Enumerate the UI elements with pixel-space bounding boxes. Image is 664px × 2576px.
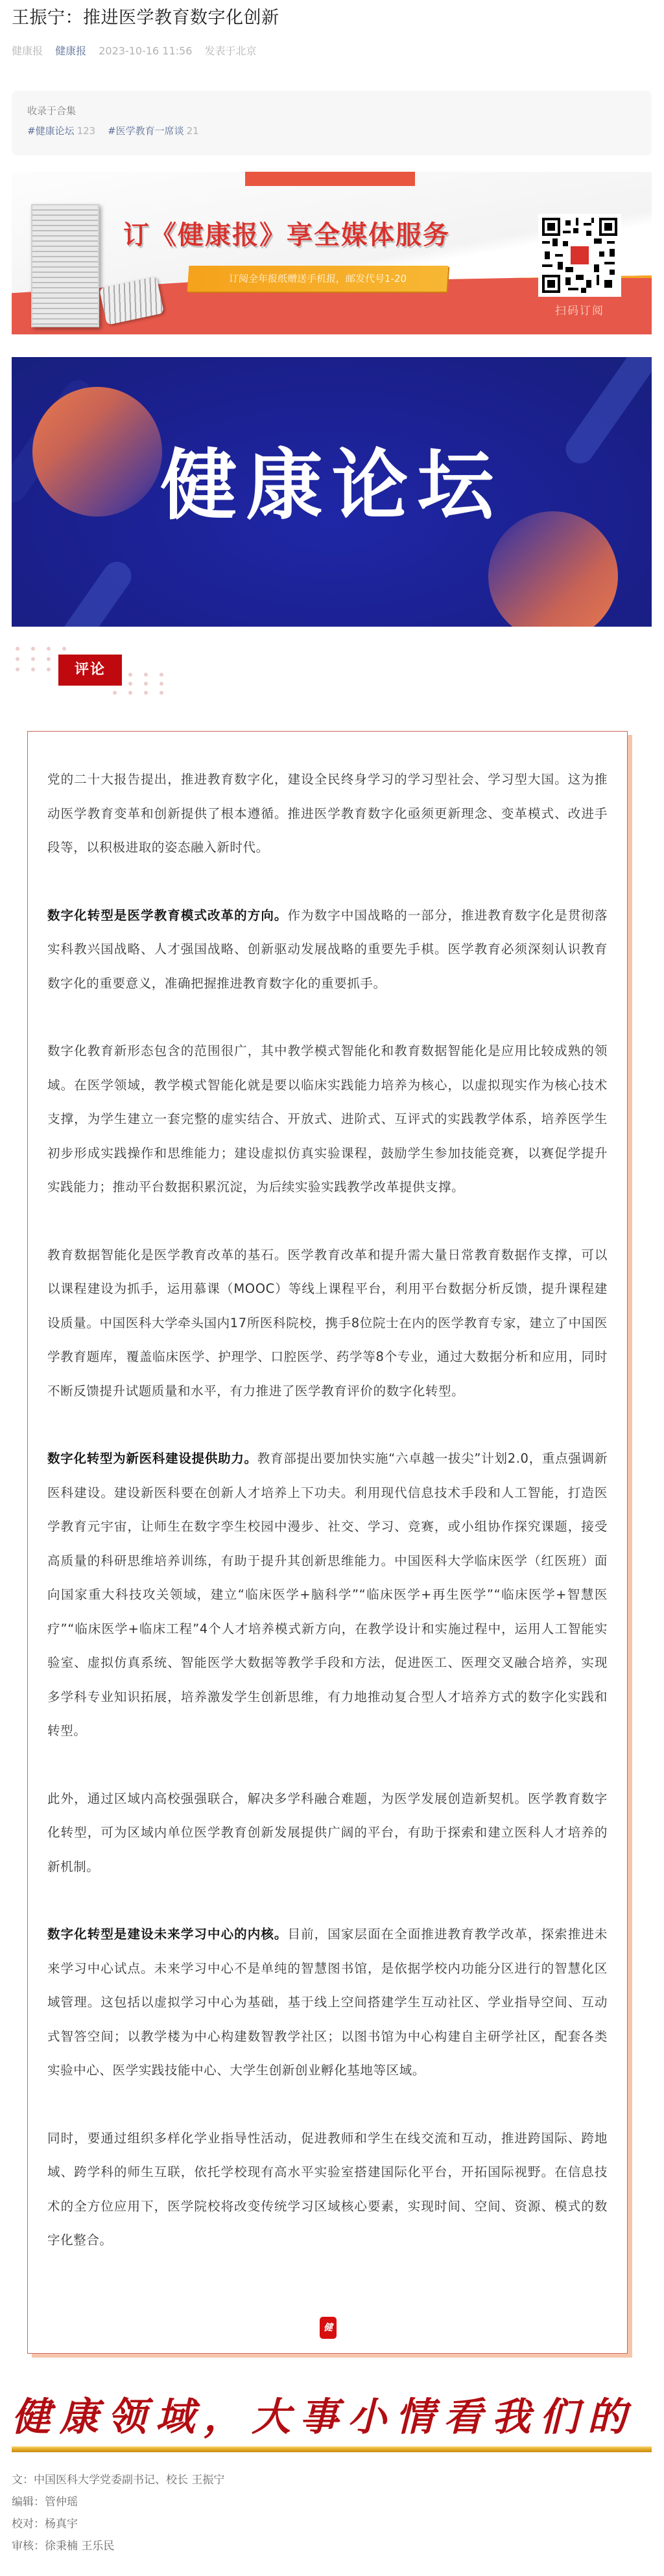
paragraph-1: 党的二十大报告提出，推进教育数字化，建设全民终身学习的学习型社会、学习型大国。这… [47, 763, 608, 865]
publish-datetime: 2023-10-16 11:56 [99, 45, 192, 57]
tag-count: 123 [77, 125, 96, 137]
collection-tag-medical-education[interactable]: #医学教育一席谈21 [108, 125, 199, 137]
credit-reviewer: 审核：徐秉楠 王乐民 [12, 2535, 224, 2557]
tag-name: #医学教育一席谈 [108, 125, 184, 137]
credit-label: 文： [12, 2474, 34, 2487]
ad-subline: 订阅全年报纸赠送手机报，邮发代号1-20 [187, 266, 449, 292]
comment-badge: 评论 [58, 655, 122, 686]
article-title: 王振宁：推进医学教育数字化创新 [12, 5, 279, 31]
newspaper-image [31, 204, 99, 327]
credit-value: 管仲瑶 [45, 2496, 78, 2509]
paragraph-text: 党的二十大报告提出，推进教育数字化，建设全民终身学习的学习型社会、学习型大国。这… [47, 772, 608, 855]
paragraph-text: 同时，要通过组织多样化学业指导性活动，促进教师和学生在线交流和互动，推进跨国际、… [47, 2131, 608, 2248]
section-tag: 评论 [16, 647, 171, 699]
ad-top-bar [245, 172, 415, 186]
decorative-streak [32, 556, 137, 627]
paragraph-text: 教育部提出要加快实施“六卓越一拔尖”计划2.0，重点强调新医科建设。建设新医科要… [47, 1451, 608, 1738]
paragraph-8: 同时，要通过组织多样化学业指导性活动，促进教师和学生在线交流和互动，推进跨国际、… [47, 2122, 608, 2258]
paragraph-2: 数字化转型是医学教育模式改革的方向。作为数字中国战略的一部分，推进教育数字化是贯… [47, 899, 608, 1001]
qr-label: 扫码订阅 [538, 301, 621, 318]
paragraph-text: 数字化教育新形态包含的范围很广，其中教学模式智能化和教育数据智能化是应用比较成熟… [47, 1043, 608, 1194]
account-link[interactable]: 健康报 [55, 45, 86, 57]
credit-editor: 编辑：管仲瑶 [12, 2491, 224, 2513]
paragraph-4: 教育数据智能化是医学教育改革的基石。医学教育改革和提升需大量日常教育数据作支撑，… [47, 1238, 608, 1409]
collection-label: 收录于合集 [27, 102, 636, 119]
ad-headline: 订《健康报》享全媒体服务 [123, 215, 450, 251]
health-forum-banner: 健康论坛 [12, 357, 652, 627]
collection-tag-health-forum[interactable]: #健康论坛123 [27, 125, 95, 137]
credit-value: 中国医科大学党委副书记、校长 王振宁 [34, 2474, 224, 2487]
paragraph-lead: 数字化转型是建设未来学习中心的内核。 [47, 1927, 288, 1942]
publish-location: 发表于北京 [205, 45, 257, 57]
paragraph-6: 此外，通过区域内高校强强联合，解决多学科融合难题，为医学发展创造新契机。医学教育… [47, 1782, 608, 1885]
subscription-ad-banner[interactable]: 订《健康报》享全媒体服务 订阅全年报纸赠送手机报，邮发代号1-20 扫码订阅 [12, 172, 652, 334]
qr-code-icon[interactable] [538, 214, 621, 297]
article-body: 党的二十大报告提出，推进教育数字化，建设全民终身学习的学习型社会、学习型大国。这… [27, 731, 628, 2354]
paragraph-text: 此外，通过区域内高校强强联合，解决多学科融合难题，为医学发展创造新契机。医学教育… [47, 1791, 608, 1874]
paragraph-lead: 数字化转型是医学教育模式改革的方向。 [47, 908, 288, 923]
credit-value: 杨真宇 [45, 2518, 78, 2531]
paragraph-5: 数字化转型为新医科建设提供助力。教育部提出要加快实施“六卓越一拔尖”计划2.0，… [47, 1442, 608, 1748]
gold-divider [12, 2446, 652, 2452]
credit-proofreader: 校对：杨真宇 [12, 2513, 224, 2535]
article-meta: 健康报 健康报 2023-10-16 11:56 发表于北京 [12, 41, 266, 61]
paragraph-text: 目前，国家层面在全面推进教育教学改革，探索推进未来学习中心试点。未来学习中心不是… [47, 1927, 608, 2078]
credit-label: 校对： [12, 2518, 45, 2531]
collection-tags: #健康论坛123 #医学教育一席谈21 [27, 122, 636, 140]
paragraph-7: 数字化转型是建设未来学习中心的内核。目前，国家层面在全面推进教育教学改革，探索推… [47, 1918, 608, 2088]
credit-value: 徐秉楠 王乐民 [45, 2540, 114, 2553]
paragraph-lead: 数字化转型为新医科建设提供助力。 [47, 1451, 257, 1466]
author-name: 健康报 [12, 45, 43, 57]
credit-label: 编辑： [12, 2496, 45, 2509]
credit-label: 审核： [12, 2540, 45, 2553]
end-mark-icon: 健 [320, 2317, 337, 2339]
paragraph-text: 教育数据智能化是医学教育改革的基石。医学教育改革和提升需大量日常教育数据作支撑，… [47, 1247, 608, 1398]
hero-title: 健康论坛 [12, 440, 652, 531]
collection-card: 收录于合集 #健康论坛123 #医学教育一席谈21 [12, 91, 652, 156]
credits: 文：中国医科大学党委副书记、校长 王振宁 编辑：管仲瑶 校对：杨真宇 审核：徐秉… [12, 2469, 224, 2557]
qr-code-graphic [542, 218, 617, 293]
paragraph-3: 数字化教育新形态包含的范围很广，其中教学模式智能化和教育数据智能化是应用比较成熟… [47, 1034, 608, 1205]
credit-author: 文：中国医科大学党委副书记、校长 王振宁 [12, 2469, 224, 2491]
slogan-banner: 健康领域，大事小情看我们的 [12, 2391, 652, 2443]
tag-count: 21 [187, 125, 199, 137]
tag-name: #健康论坛 [27, 125, 75, 137]
